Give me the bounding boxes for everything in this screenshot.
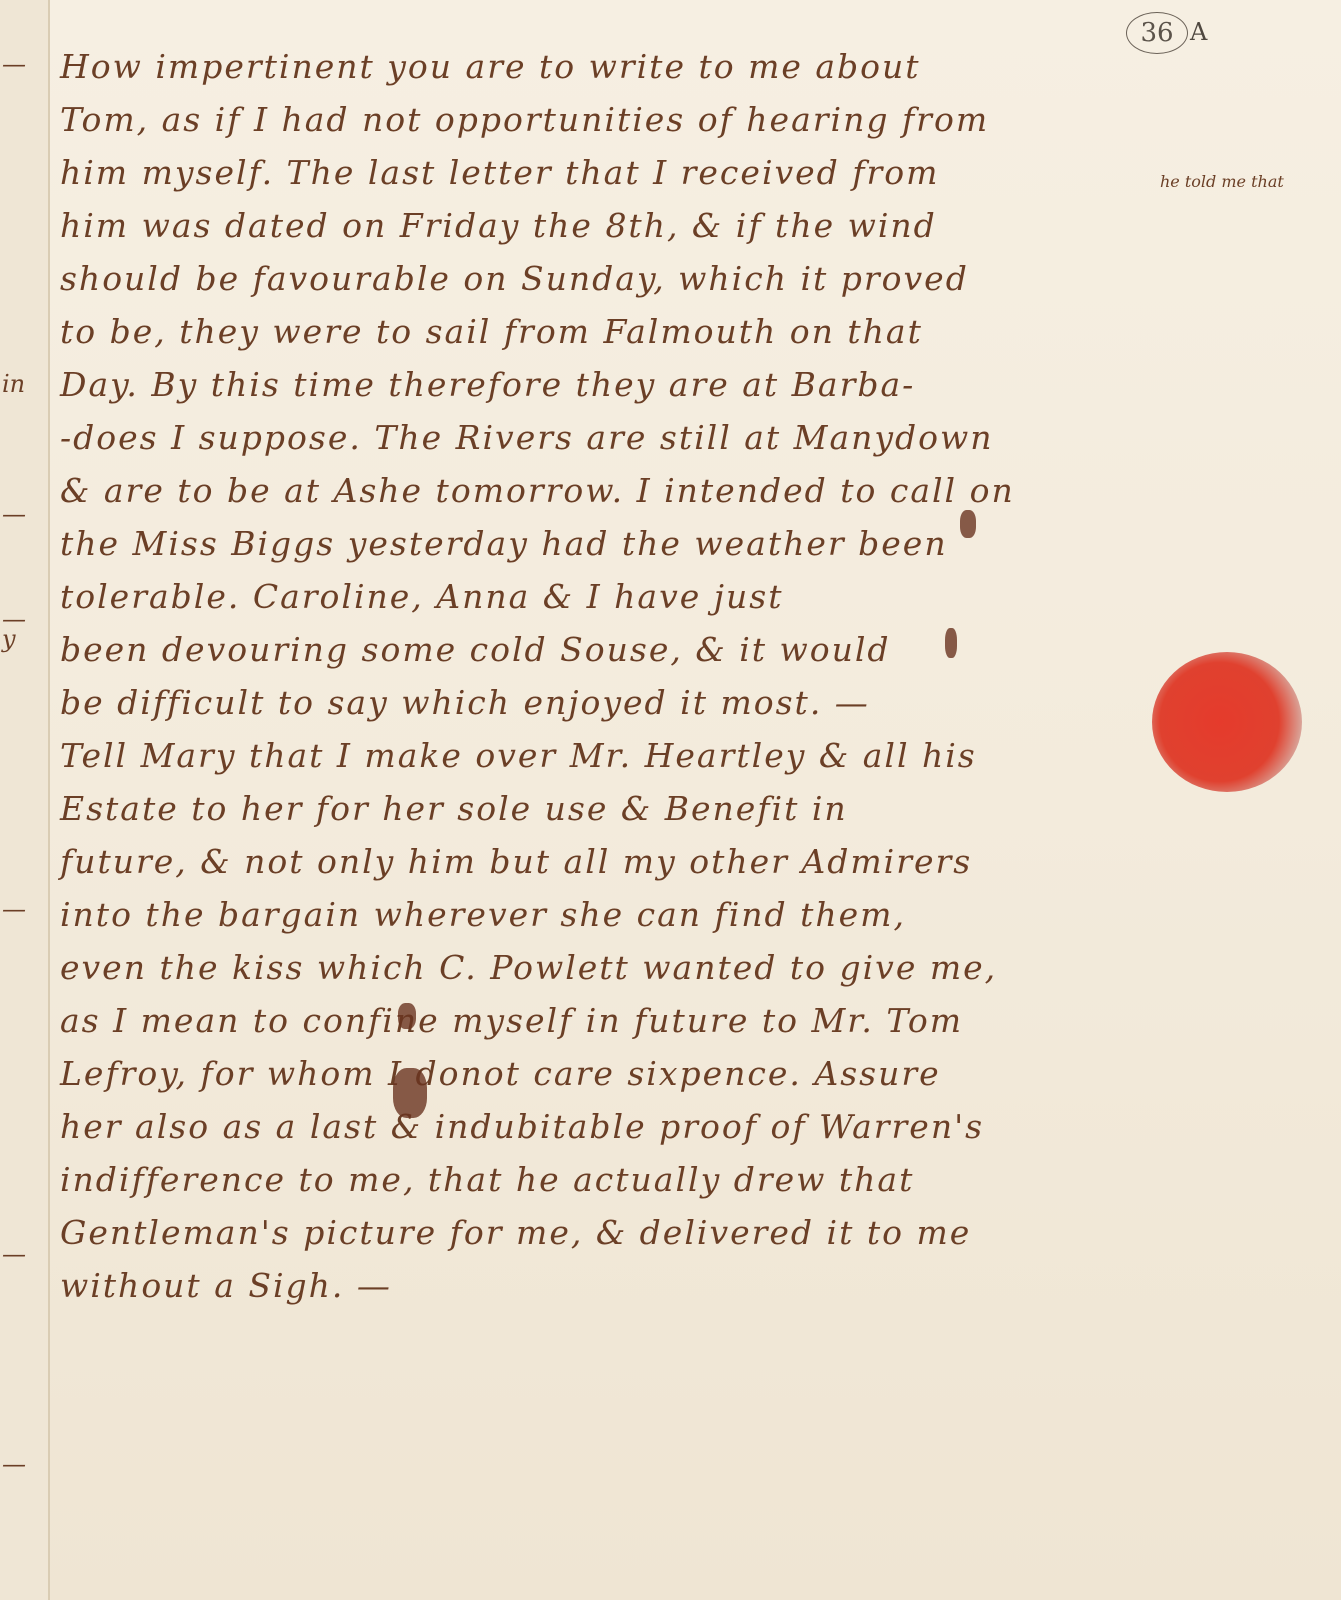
margin-mark: y (2, 625, 16, 653)
margin-mark: — (2, 500, 26, 528)
ink-stain (960, 510, 976, 538)
text-line: him was dated on Friday the 8th, & if th… (60, 199, 1320, 252)
margin-mark: — (2, 1450, 26, 1478)
ink-stain (393, 1068, 427, 1118)
letter-text: How impertinent you are to write to me a… (60, 40, 1320, 1312)
text-line: should be favourable on Sunday, which it… (60, 252, 1320, 305)
text-line: as I mean to confine myself in future to… (60, 994, 1320, 1047)
text-line: Day. By this time therefore they are at … (60, 358, 1320, 411)
text-line: Gentleman's picture for me, & delivered … (60, 1206, 1320, 1259)
red-wax-seal (1152, 652, 1302, 792)
text-line: into the bargain wherever she can find t… (60, 888, 1320, 941)
text-line: her also as a last & indubitable proof o… (60, 1100, 1320, 1153)
text-line: Estate to her for her sole use & Benefit… (60, 782, 1320, 835)
text-line: & are to be at Ashe tomorrow. I intended… (60, 464, 1320, 517)
interlinear-insertion: he told me that (1160, 172, 1284, 191)
text-line: future, & not only him but all my other … (60, 835, 1320, 888)
ink-stain (945, 628, 957, 658)
text-line: -does I suppose. The Rivers are still at… (60, 411, 1320, 464)
text-line: tolerable. Caroline, Anna & I have just (60, 570, 1320, 623)
text-line: been devouring some cold Souse, & it wou… (60, 623, 1320, 676)
text-line: How impertinent you are to write to me a… (60, 40, 1320, 93)
text-line: even the kiss which C. Powlett wanted to… (60, 941, 1320, 994)
text-line: be difficult to say which enjoyed it mos… (60, 676, 1320, 729)
text-line: indifference to me, that he actually dre… (60, 1153, 1320, 1206)
text-line: him myself. The last letter that I recei… (60, 146, 1320, 199)
margin-mark: — (2, 895, 26, 923)
margin-mark: — (2, 1240, 26, 1268)
text-line: the Miss Biggs yesterday had the weather… (60, 517, 1320, 570)
left-margin-strip (0, 0, 50, 1600)
ink-stain (398, 1003, 416, 1029)
margin-mark: — (2, 50, 26, 78)
text-line: without a Sigh. — (60, 1259, 1320, 1312)
letter-page: 36 A — in — — y — — — How impertinent yo… (0, 0, 1341, 1600)
text-line: Tell Mary that I make over Mr. Heartley … (60, 729, 1320, 782)
text-line: Tom, as if I had not opportunities of he… (60, 93, 1320, 146)
margin-mark: in (2, 370, 25, 398)
text-line: Lefroy, for whom I donot care sixpence. … (60, 1047, 1320, 1100)
text-line: to be, they were to sail from Falmouth o… (60, 305, 1320, 358)
